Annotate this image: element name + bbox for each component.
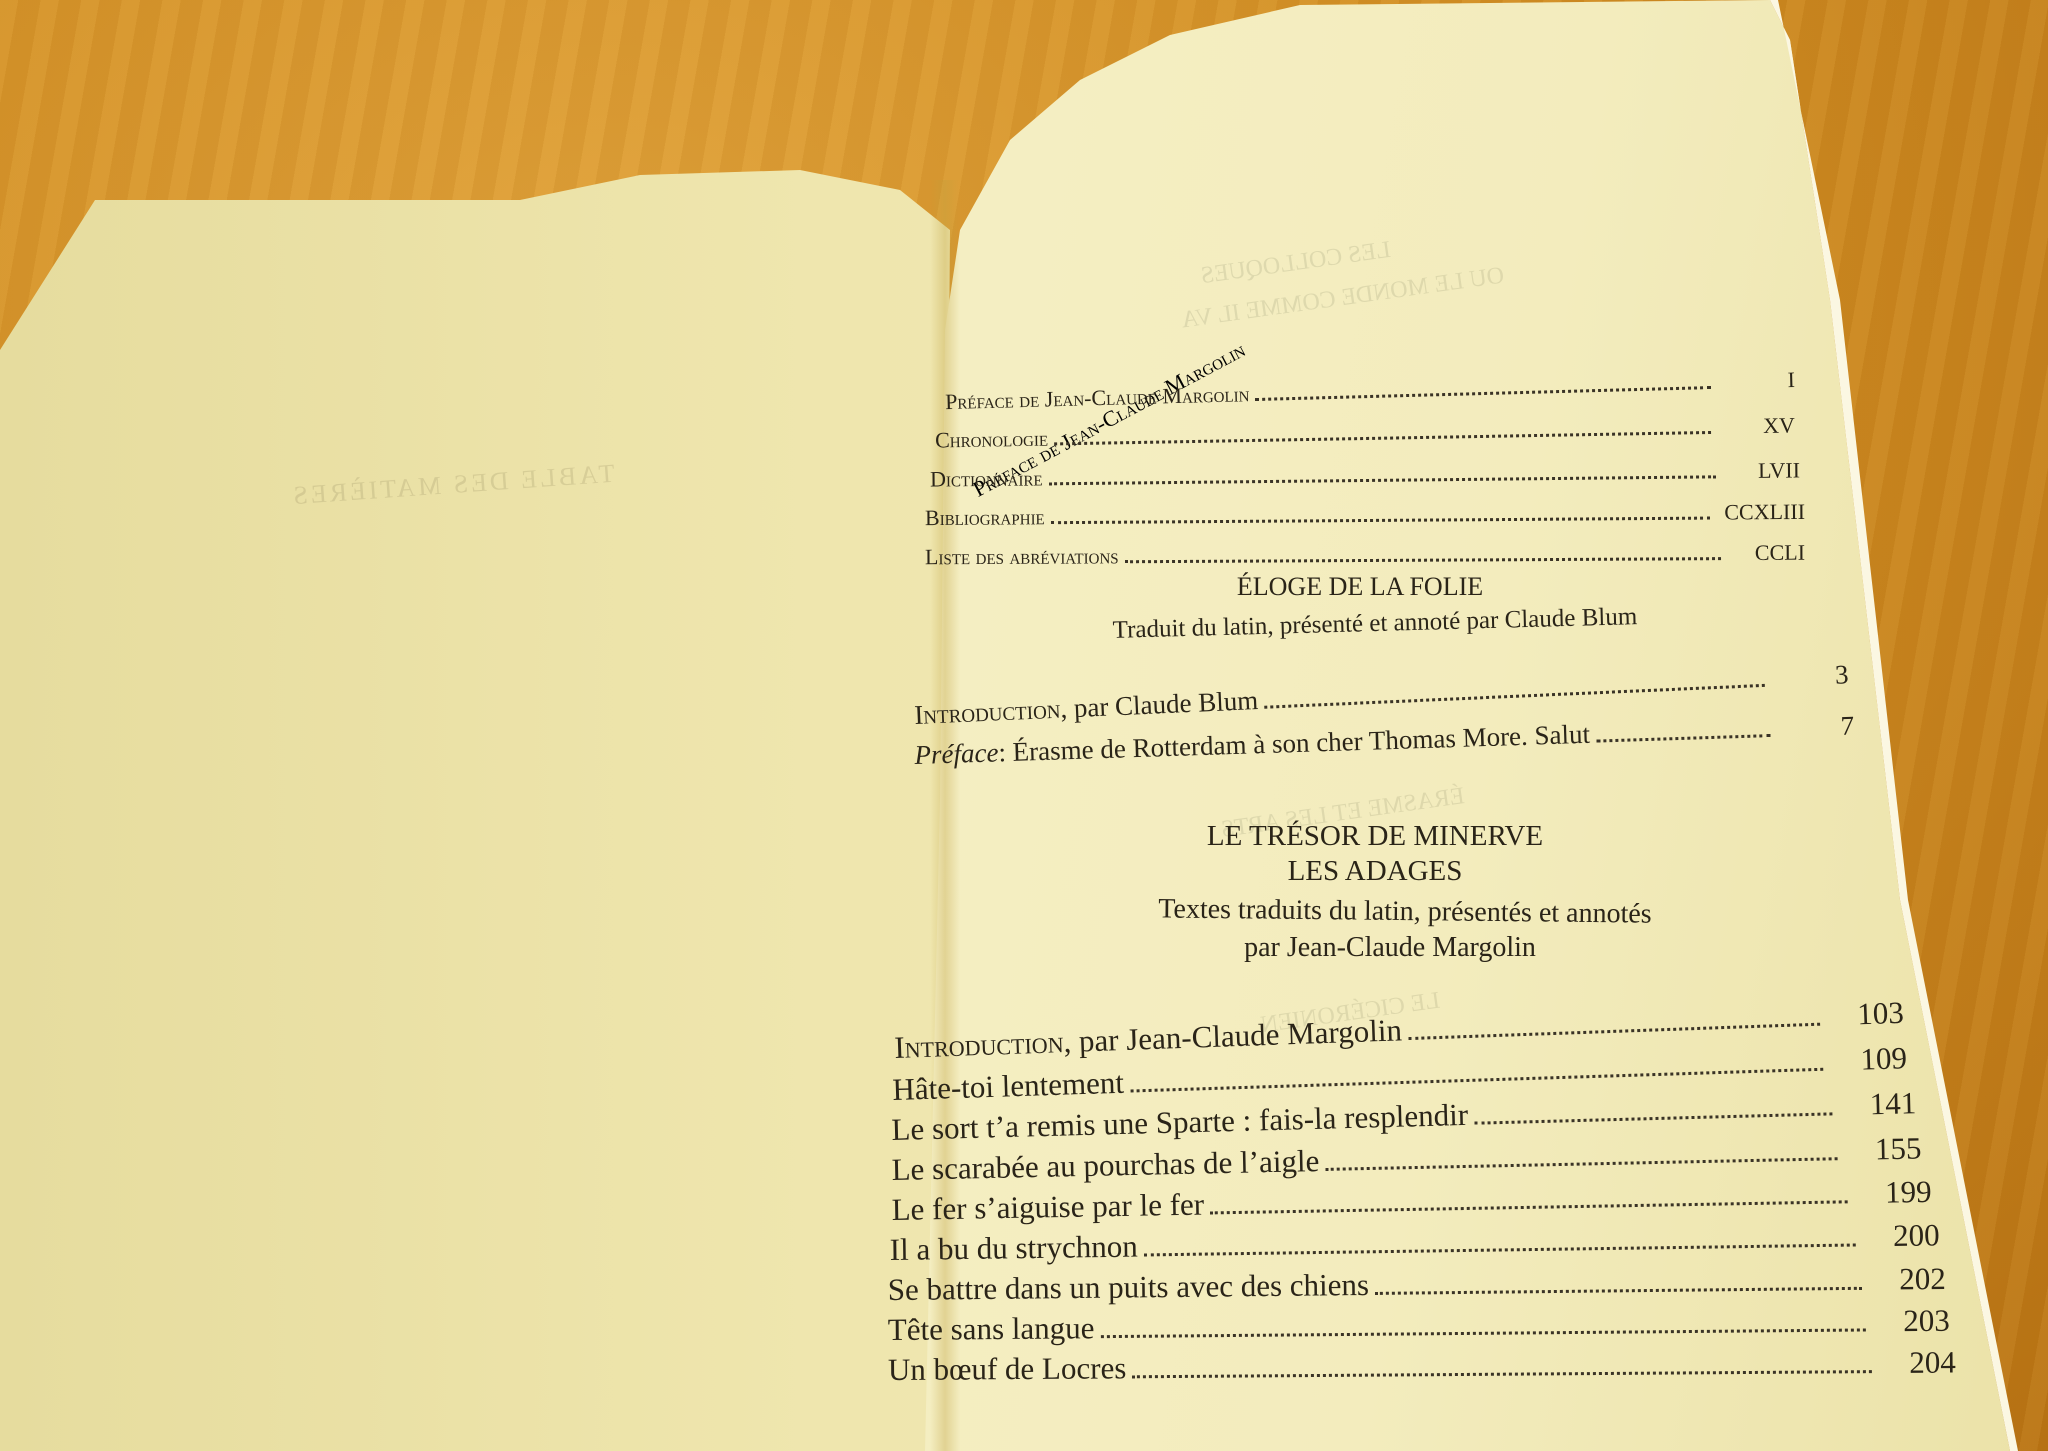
section-subtitle-tresor-line2: par Jean-Claude Margolin: [1150, 932, 1630, 964]
section-title-tresor-line1: LE TRÉSOR DE MINERVE: [1150, 820, 1600, 853]
toc-entry: Bibliographie CCXLIII: [925, 499, 1805, 531]
dot-leader: [1474, 1112, 1832, 1124]
dot-leader: [1054, 431, 1711, 445]
dot-leader: [1210, 1200, 1848, 1214]
dot-leader: [1125, 557, 1721, 563]
dot-leader: [1596, 734, 1770, 742]
dot-leader: [1256, 386, 1712, 401]
dot-leader: [1100, 1328, 1865, 1338]
toc-entry: Dictionnaire LVII: [930, 457, 1800, 492]
section-subtitle-tresor-line1: Textes traduits du latin, présentés et a…: [1080, 893, 1730, 932]
section-title-tresor-line2: LES ADAGES: [1150, 855, 1600, 888]
dot-leader: [1051, 517, 1711, 525]
dot-leader: [1375, 1287, 1862, 1295]
dot-leader: [1144, 1244, 1856, 1257]
toc-entry: Un bœuf de Locres 204: [888, 1345, 1956, 1388]
dot-leader: [1049, 475, 1716, 485]
dot-leader: [1325, 1157, 1837, 1171]
toc-entry: Liste des abréviations CCLI: [925, 540, 1805, 571]
dot-leader: [1132, 1370, 1872, 1378]
section-title-eloge: ÉLOGE DE LA FOLIE: [1170, 572, 1550, 602]
toc-entry: Chronologie XV: [935, 412, 1795, 453]
